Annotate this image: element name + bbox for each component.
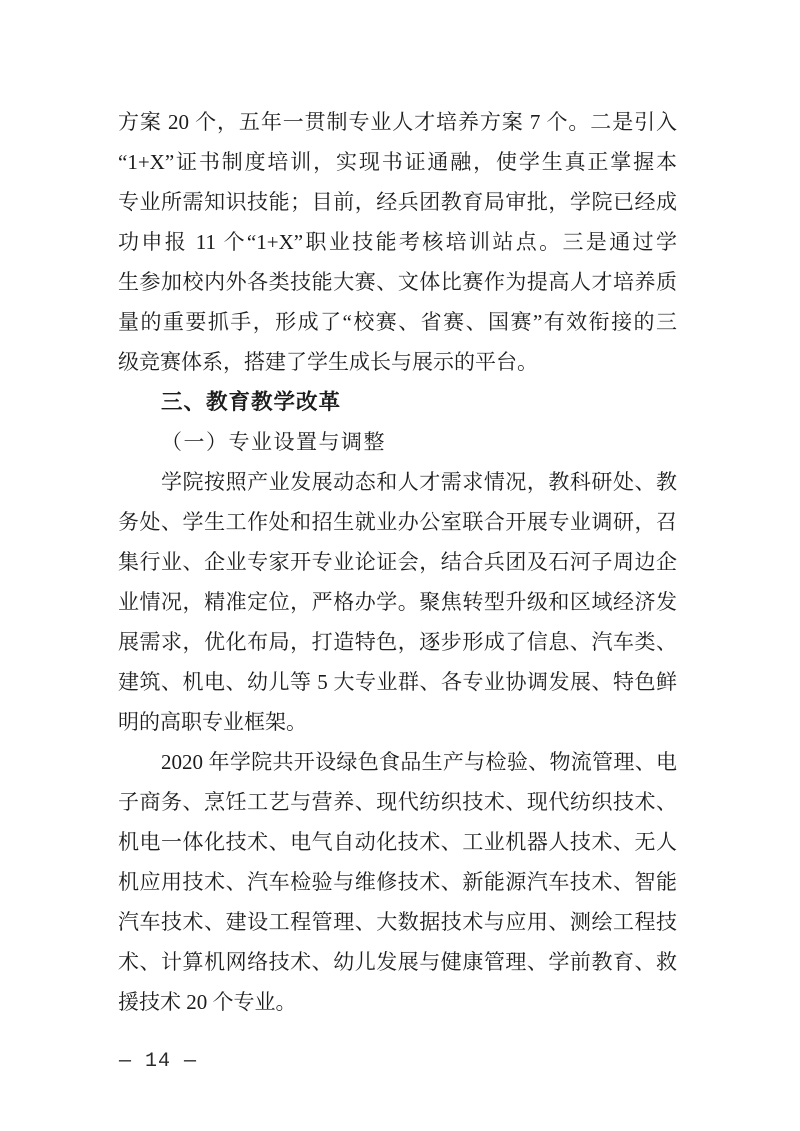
page-body: 方案 20 个，五年一贯制专业人才培养方案 7 个。二是引入 “1+X”证书制度…: [118, 102, 677, 1022]
paragraph1-line: 生参加校内外各类技能大赛、文体比赛作为提高人才培养质: [118, 262, 677, 302]
paragraph1-line: 功申报 11 个“1+X”职业技能考核培训站点。三是通过学: [118, 222, 677, 262]
paragraph3-last-line: 援技术 20 个专业。: [118, 982, 677, 1022]
page-number: — 14 —: [119, 1042, 197, 1082]
paragraph2-line: 学院按照产业发展动态和人才需求情况，教科研处、教: [118, 462, 677, 502]
paragraph2-line: 务处、学生工作处和招生就业办公室联合开展专业调研，召: [118, 502, 677, 542]
paragraph3-line: 机应用技术、汽车检验与维修技术、新能源汽车技术、智能: [118, 862, 677, 902]
paragraph1-line: “1+X”证书制度培训，实现书证通融，使学生真正掌握本: [118, 142, 677, 182]
subsection-heading: （一）专业设置与调整: [118, 422, 677, 462]
paragraph2-last-line: 明的高职专业框架。: [118, 702, 677, 742]
paragraph1-line: 量的重要抓手，形成了“校赛、省赛、国赛”有效衔接的三: [118, 302, 677, 342]
paragraph3-line: 子商务、烹饪工艺与营养、现代纺织技术、现代纺织技术、: [118, 782, 677, 822]
paragraph3-line: 2020 年学院共开设绿色食品生产与检验、物流管理、电: [118, 742, 677, 782]
paragraph1-last-line: 级竞赛体系，搭建了学生成长与展示的平台。: [118, 342, 677, 382]
paragraph2-line: 展需求，优化布局，打造特色，逐步形成了信息、汽车类、: [118, 622, 677, 662]
document-page: 方案 20 个，五年一贯制专业人才培养方案 7 个。二是引入 “1+X”证书制度…: [0, 0, 800, 1131]
paragraph2-line: 业情况，精准定位，严格办学。聚焦转型升级和区域经济发: [118, 582, 677, 622]
paragraph2-line: 建筑、机电、幼儿等 5 大专业群、各专业协调发展、特色鲜: [118, 662, 677, 702]
paragraph3-line: 机电一体化技术、电气自动化技术、工业机器人技术、无人: [118, 822, 677, 862]
paragraph3-line: 术、计算机网络技术、幼儿发展与健康管理、学前教育、救: [118, 942, 677, 982]
paragraph3-line: 汽车技术、建设工程管理、大数据技术与应用、测绘工程技: [118, 902, 677, 942]
section-heading: 三、教育教学改革: [118, 382, 677, 422]
paragraph2-line: 集行业、企业专家开专业论证会，结合兵团及石河子周边企: [118, 542, 677, 582]
paragraph1-line: 专业所需知识技能；目前，经兵团教育局审批，学院已经成: [118, 182, 677, 222]
paragraph1-line: 方案 20 个，五年一贯制专业人才培养方案 7 个。二是引入: [118, 102, 677, 142]
